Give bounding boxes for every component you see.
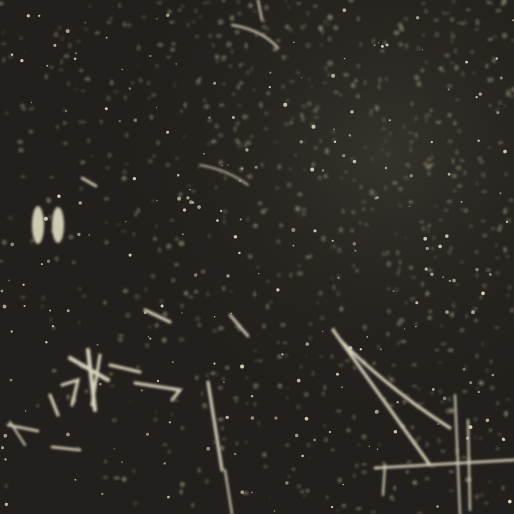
night-foliage-photograph — [0, 0, 514, 514]
photo-texture — [0, 0, 514, 514]
foliage-haze — [0, 0, 514, 514]
